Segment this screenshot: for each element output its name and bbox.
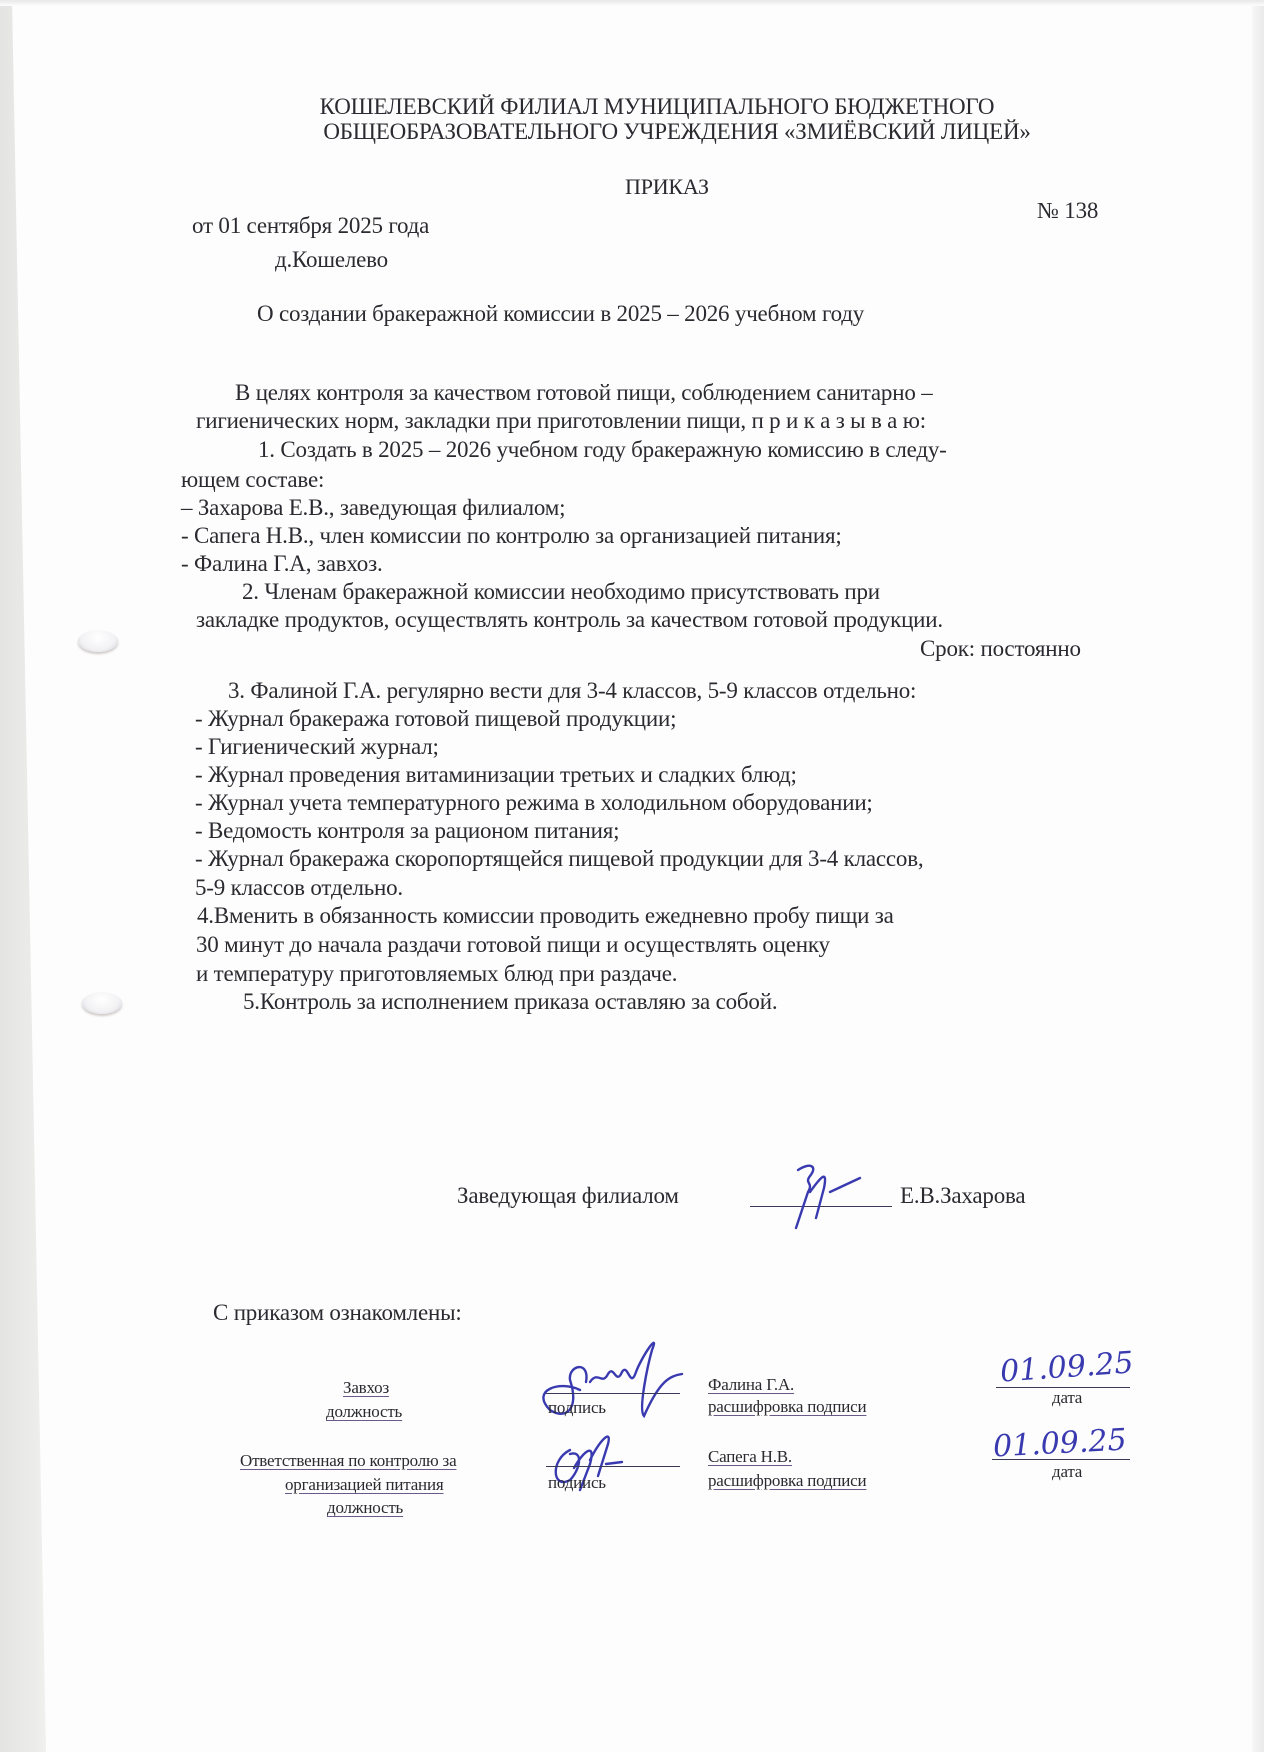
signer-name: Сапега Н.В. [708,1447,792,1467]
doc-type: ПРИКАЗ [625,173,709,201]
item-3-line-1: 3. Фалиной Г.А. регулярно вести для 3-4 … [228,677,916,705]
position-caption: должность [326,1402,402,1422]
name-caption: расшифровка подписи [708,1397,866,1417]
handwritten-signature-icon [780,1158,890,1238]
punch-hole-icon [82,992,122,1014]
date-caption: дата [1052,1388,1082,1408]
doc-date: от 01 сентября 2025 года [192,212,429,240]
journal-item: - Журнал бракеража скоропортящейся пищев… [195,845,923,873]
signature-line [546,1466,680,1467]
item-5: 5.Контроль за исполнением приказа оставл… [243,988,777,1016]
signatory-name: Е.В.Захарова [900,1182,1025,1210]
punch-hole-icon [78,630,118,652]
acknowledged-label: С приказом ознакомлены: [213,1299,462,1327]
item-4-line-1: 4.Вменить в обязанность комиссии проводи… [197,902,894,930]
organization-line-1: КОШЕЛЕВСКИЙ ФИЛИАЛ МУНИЦИПАЛЬНОГО БЮДЖЕТ… [0,93,1264,121]
organization-line-2: ОБЩЕОБРАЗОВАТЕЛЬНОГО УЧРЕЖДЕНИЯ «ЗМИЁВСК… [0,118,1264,146]
journal-item: - Журнал проведения витаминизации третьи… [195,761,797,789]
scan-edge-top [0,0,1264,6]
name-caption: расшифровка подписи [708,1471,866,1491]
doc-subject: О создании бракеражной комиссии в 2025 –… [257,300,864,328]
position-caption: должность [327,1498,403,1518]
item-2-deadline: Срок: постоянно [920,635,1081,663]
item-1-line-1: 1. Создать в 2025 – 2026 учебном году бр… [258,436,947,464]
signature-line [546,1393,680,1394]
member-item: - Фалина Г.А, завхоз. [181,550,383,578]
doc-number: № 138 [1037,197,1098,225]
scan-edge-left [0,0,60,1752]
scanned-page: КОШЕЛЕВСКИЙ ФИЛИАЛ МУНИЦИПАЛЬНОГО БЮДЖЕТ… [0,0,1264,1752]
signer-name: Фалина Г.А. [708,1375,794,1395]
item-2-line-1: 2. Членам бракеражной комиссии необходим… [242,578,880,606]
signature-caption: подпись [548,1398,606,1418]
position-line-1: Ответственная по контролю за [240,1451,456,1471]
item-2-line-2: закладке продуктов, осуществлять контрол… [196,606,943,634]
signatory-title: Заведующая филиалом [457,1182,679,1210]
position-line-2: организацией питания [285,1475,443,1495]
signature-caption: подиись [548,1473,606,1493]
preamble-line-1: В целях контроля за качеством готовой пи… [235,379,933,407]
item-1-line-2: ющем составе: [181,466,324,494]
scan-edge-right [1252,0,1264,1752]
journal-item: - Ведомость контроля за рационом питания… [195,817,619,845]
doc-place: д.Кошелево [275,246,388,274]
member-item: – Захарова Е.В., заведующая филиалом; [181,494,565,522]
member-item: - Сапега Н.В., член комиссии по контролю… [181,522,842,550]
journal-item: 5-9 классов отдельно. [195,874,403,902]
item-4-line-3: и температуру приготовляемых блюд при ра… [196,960,677,988]
item-4-line-2: 30 минут до начала раздачи готовой пищи … [196,931,830,959]
journal-item: - Журнал бракеража готовой пищевой проду… [195,705,676,733]
handwritten-date: 01.09.25 [999,1345,1135,1389]
date-caption: дата [1052,1462,1082,1482]
date-line [992,1459,1130,1460]
position: Завхоз [343,1378,389,1398]
journal-item: - Журнал учета температурного режима в х… [195,789,873,817]
preamble-line-2: гигиенических норм, закладки при пригото… [196,407,926,435]
journal-item: - Гигиенический журнал; [195,733,439,761]
